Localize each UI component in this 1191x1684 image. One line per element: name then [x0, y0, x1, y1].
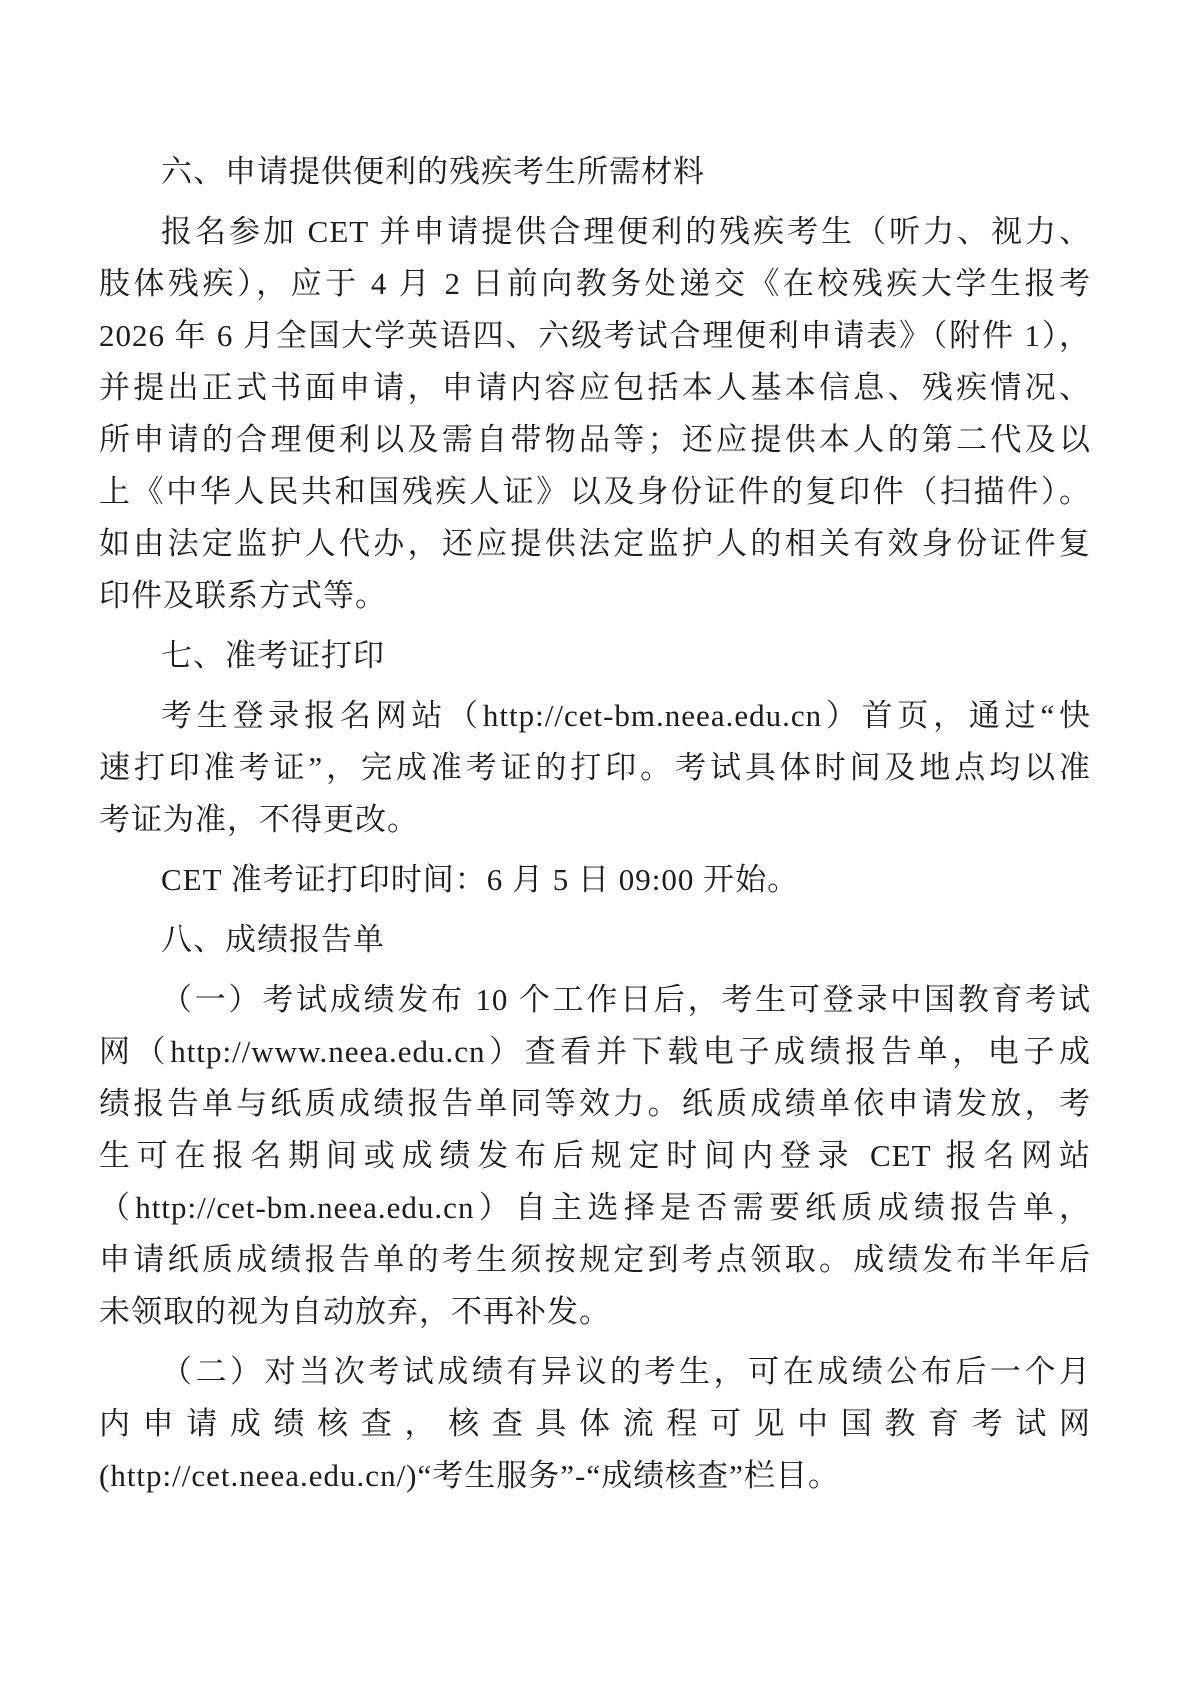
text-line: 印件及联系方式等。	[99, 570, 1091, 622]
text-line: 绩报告单与纸质成绩报告单同等效力。纸质成绩单依申请发放，考	[99, 1078, 1091, 1130]
section-6-heading: 六、申请提供便利的残疾考生所需材料	[99, 146, 1091, 198]
section-7-paragraph-1: 考生登录报名网站（http://cet-bm.neea.edu.cn）首页，通过…	[99, 690, 1091, 846]
text-line: 申请纸质成绩报告单的考生须按规定到考点领取。成绩发布半年后	[99, 1234, 1091, 1286]
section-8-heading: 八、成绩报告单	[99, 914, 1091, 966]
text-line: 如由法定监护人代办，还应提供法定监护人的相关有效身份证件复	[99, 518, 1091, 570]
text-line: 内申请成绩核查，核查具体流程可见中国教育考试网	[99, 1398, 1091, 1450]
document-page: 六、申请提供便利的残疾考生所需材料报名参加 CET 并申请提供合理便利的残疾考生…	[0, 0, 1191, 1684]
document-content: 六、申请提供便利的残疾考生所需材料报名参加 CET 并申请提供合理便利的残疾考生…	[99, 146, 1091, 1502]
section-8-paragraph-2: （二）对当次考试成绩有异议的考生，可在成绩公布后一个月内申请成绩核查，核查具体流…	[99, 1346, 1091, 1502]
text-line: （二）对当次考试成绩有异议的考生，可在成绩公布后一个月	[99, 1346, 1091, 1398]
text-line: 生可在报名期间或成绩发布后规定时间内登录 CET 报名网站	[99, 1130, 1091, 1182]
text-line: CET 准考证打印时间：6 月 5 日 09:00 开始。	[99, 854, 1091, 906]
text-line: (http://cet.neea.edu.cn/)“考生服务”-“成绩核查”栏目…	[99, 1450, 1091, 1502]
text-line: 速打印准考证”，完成准考证的打印。考试具体时间及地点均以准	[99, 742, 1091, 794]
section-8-paragraph-1: （一）考试成绩发布 10 个工作日后，考生可登录中国教育考试网（http://w…	[99, 974, 1091, 1338]
heading-line: 六、申请提供便利的残疾考生所需材料	[99, 146, 1091, 198]
text-line: 未领取的视为自动放弃，不再补发。	[99, 1286, 1091, 1338]
text-line: 网（http://www.neea.edu.cn）查看并下载电子成绩报告单，电子…	[99, 1026, 1091, 1078]
text-line: 所申请的合理便利以及需自带物品等；还应提供本人的第二代及以	[99, 414, 1091, 466]
text-line: 并提出正式书面申请，申请内容应包括本人基本信息、残疾情况、	[99, 362, 1091, 414]
text-line: （http://cet-bm.neea.edu.cn）自主选择是否需要纸质成绩报…	[99, 1182, 1091, 1234]
text-line: 考证为准，不得更改。	[99, 794, 1091, 846]
text-line: 2026 年 6 月全国大学英语四、六级考试合理便利申请表》（附件 1），	[99, 310, 1091, 362]
text-line: 考生登录报名网站（http://cet-bm.neea.edu.cn）首页，通过…	[99, 690, 1091, 742]
section-7-paragraph-2: CET 准考证打印时间：6 月 5 日 09:00 开始。	[99, 854, 1091, 906]
text-line: 报名参加 CET 并申请提供合理便利的残疾考生（听力、视力、	[99, 206, 1091, 258]
text-line: （一）考试成绩发布 10 个工作日后，考生可登录中国教育考试	[99, 974, 1091, 1026]
section-6-paragraph: 报名参加 CET 并申请提供合理便利的残疾考生（听力、视力、肢体残疾），应于 4…	[99, 206, 1091, 622]
text-line: 肢体残疾），应于 4 月 2 日前向教务处递交《在校残疾大学生报考	[99, 258, 1091, 310]
heading-line: 八、成绩报告单	[99, 914, 1091, 966]
text-line: 上《中华人民共和国残疾人证》以及身份证件的复印件（扫描件）。	[99, 466, 1091, 518]
heading-line: 七、准考证打印	[99, 630, 1091, 682]
section-7-heading: 七、准考证打印	[99, 630, 1091, 682]
